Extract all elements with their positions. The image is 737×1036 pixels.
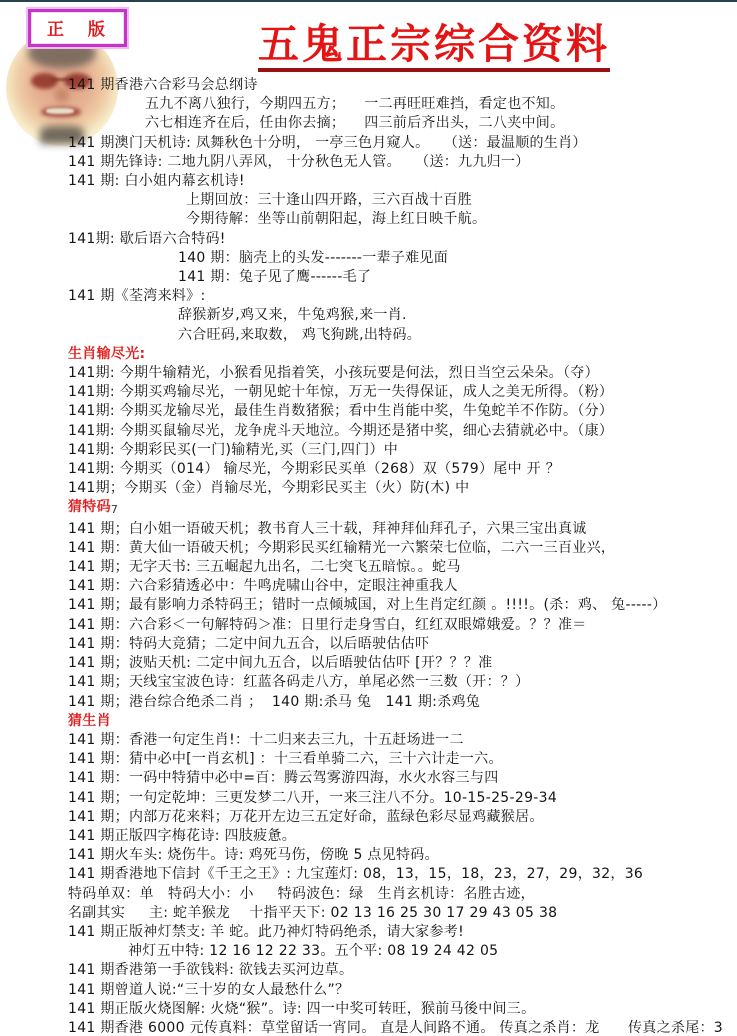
line-shujinguang: 141期: 今期彩民买(一门)输精光,买（三门,四门）中 xyxy=(0,441,737,460)
line-macau-tianji-poem: 141 期澳门天机诗: 凤舞秋色十分明， 一亭三色月窥人。 （送：最温顺的生肖） xyxy=(0,134,737,153)
line-cai-tema: 141 期：特码大竞猜；二定中间九五合，以后晤驶估估吓 xyxy=(0,635,737,654)
line-poem-couplet: 五九不离八独行，今期四五方； 一二再旺旺难挡，看定也不知。 xyxy=(0,95,737,114)
line-cai-shengxiao: 141 期；一句定乾坤：三更发梦二八开，一来三注八不分。10-15-25-29-… xyxy=(0,789,737,808)
line-huoshao-tujie: 141 期正版火烧图解: 火烧“猴”。诗: 四一中奖可转旺，猴前马後中间三。 xyxy=(0,1000,737,1019)
line-cai-tema: 141 期；波贴天机: 二定中间九五合，以后晤驶估估吓 [开？？？准 xyxy=(0,654,737,673)
line-underground-envelope: 141 期香港地下信封《千王之王》: 九宝莲灯: 08，13，15，18，23，… xyxy=(0,865,737,884)
line-last-issue-replay: 上期回放：三十逢山四开路，三六百战十百胜 xyxy=(0,191,737,210)
line-cai-shengxiao: 141 期：猜中必中[一肖玄机] ：十三看单骑二六，三十六计走一六。 xyxy=(0,750,737,769)
line-baixiaojie-title: 141 期: 白小姐内幕玄机诗! xyxy=(0,172,737,191)
line-shendeng-wuzhongte: 神灯五中特: 12 16 12 22 33。五个平: 08 19 24 42 0… xyxy=(0,942,737,961)
line-huochetou: 141 期火车头: 烧伤牛。诗: 鸡死马伤，傍晚 5 点见特码。 xyxy=(0,846,737,865)
line-cai-shengxiao: 141 期：一码中特猜中必中=百：腾云驾雾游四海，水火水容三与四 xyxy=(0,769,737,788)
line-cai-tema: 141 期；天线宝宝波色诗：红蓝各码走八方，单尾必然一三数（开：？） xyxy=(0,673,737,692)
line-quanwan-verse: 六合旺码,来取数， 鸡飞狗跳,出特码。 xyxy=(0,326,737,345)
line-cai-tema: 141 期；港台综合绝杀二肖 ； 140 期:杀马 兔 141 期:杀鸡兔 xyxy=(0,693,737,712)
line-poem-couplet: 六七相连齐在后，任由你去摘； 四三前后齐出头，二八夹中间。 xyxy=(0,114,737,133)
line-xiehouyu-141: 141 期：兔子见了鹰------毛了 xyxy=(0,268,737,287)
section-header-cai-tema: 猜特码7 xyxy=(0,498,737,519)
line-cai-shengxiao: 141 期；内部万花来料；万花开左边三五定好命，蓝绿色彩尽显鸡藏猴居。 xyxy=(0,808,737,827)
line-tema-attributes: 特码单双：单 特码大小：小 特码波色：绿 生肖玄机诗：名胜古迹， xyxy=(0,885,737,904)
line-quanwan-verse: 辞猴新岁,鸡又来，牛兔鸡猴,来一肖. xyxy=(0,306,737,325)
page-title: 五鬼正宗综合资料 xyxy=(258,22,610,72)
line-cai-tema: 141 期；无字天书: 三五崛起九出名，二七突飞五暗惊。。蛇马 xyxy=(0,558,737,577)
line-cai-tema: 141 期：黄大仙一语破天机；今期彩民买红输精光一六繁荣七位临，二六一三百业兴， xyxy=(0,539,737,558)
page: 正 版 五鬼正宗综合资料 141 期香港六合彩马会总纲诗 五九不离八独行，今期四… xyxy=(0,0,737,1036)
content: 141 期香港六合彩马会总纲诗 五九不离八独行，今期四五方； 一二再旺旺难挡，看… xyxy=(0,76,737,1036)
line-meihua-poem: 141 期正版四字梅花诗: 四肢疲惫。 xyxy=(0,827,737,846)
line-xianfeng-poem: 141 期先锋诗: 二地九阴八弄风， 十分秋色无人管。 （送：九九归一） xyxy=(0,153,737,172)
line-xiehouyu-title: 141期: 歇后语六合特码! xyxy=(0,230,737,249)
line-shujinguang: 141期: 今期买鼠输尽光，龙争虎斗天地泣。今期还是猪中奖，细心去猜就必中。（康… xyxy=(0,422,737,441)
cai-tema-label: 猜特码 xyxy=(68,499,111,515)
line-shujinguang: 141期: 今期买鸡输尽光，一朝见蛇十年惊，万无一失得保证，成人之美无所得。（粉… xyxy=(0,383,737,402)
line-cai-tema: 141 期：六合彩猜透必中：牛鸣虎啸山谷中，定眼注神重我人 xyxy=(0,577,737,596)
line-cai-shengxiao: 141 期：香港一句定生肖!：十二归来去三九，十五赶场进一二 xyxy=(0,731,737,750)
line-main-zodiac-numbers: 名副其实 主: 蛇羊猴龙 十指平天下: 02 13 16 25 30 17 29… xyxy=(0,904,737,923)
line-shujinguang: 141期: 今期买龙输尽光，最佳生肖数猪猴；看中生肖能中奖，牛兔蛇羊不作防。（分… xyxy=(0,402,737,421)
authentic-badge: 正 版 xyxy=(28,9,127,47)
line-zengdaoren: 141 期曾道人说:“三十岁的女人最愁什么”？ xyxy=(0,981,737,1000)
line-shendeng-jinzhi: 141 期正版神灯禁支: 羊 蛇。此乃神灯特码绝杀，请大家参考! xyxy=(0,923,737,942)
line-shujinguang: 141期: 今期牛输精光，小猴看见指着笑，小孩玩要是何法，烈日当空云朵朵。（夺） xyxy=(0,364,737,383)
section-header-cai-shengxiao: 猜生肖 xyxy=(0,712,737,731)
line-this-issue-pending: 今期待解：坐等山前朝阳起，海上红日映千航。 xyxy=(0,210,737,229)
line-fax-6000: 141 期香港 6000 元传真料：草堂留话一宵同。 直是人间路不通。 传真之杀… xyxy=(0,1019,737,1036)
line-shujinguang: 141期；今期买（金）肖输尽光，今期彩民买主（火）防(木) 中 xyxy=(0,479,737,498)
cai-tema-suffix: 7 xyxy=(111,503,118,516)
section-header-shengxiao-shujinguang: 生肖输尽光: xyxy=(0,345,737,364)
line-cai-tema: 141 期；最有影响力杀特码王；错时一点倾城国，对上生肖定红颜 。!!!!。(杀… xyxy=(0,596,737,615)
line-shujinguang: 141期: 今期买（014） 输尽光，今期彩民买单（268）双（579）尾中 开… xyxy=(0,460,737,479)
line-quanwan-title: 141 期《荃湾来料》: xyxy=(0,287,737,306)
line-cai-tema: 141 期；白小姐一语破天机；教书育人三十载，拜神拜仙拜孔子，六果三宝出真诚 xyxy=(0,520,737,539)
line-yuqian-liao: 141 期香港第一手欲钱料: 欲钱去买河边草。 xyxy=(0,961,737,980)
line-outline-poem-title: 141 期香港六合彩马会总纲诗 xyxy=(0,76,737,95)
line-xiehouyu-140: 140 期：脑壳上的头发-------一辈子难见面 xyxy=(0,249,737,268)
line-cai-tema: 141 期：六合彩＜一句解特码＞准：日里行走身雪白，红红双眼嫦娥爱。？？准＝ xyxy=(0,616,737,635)
